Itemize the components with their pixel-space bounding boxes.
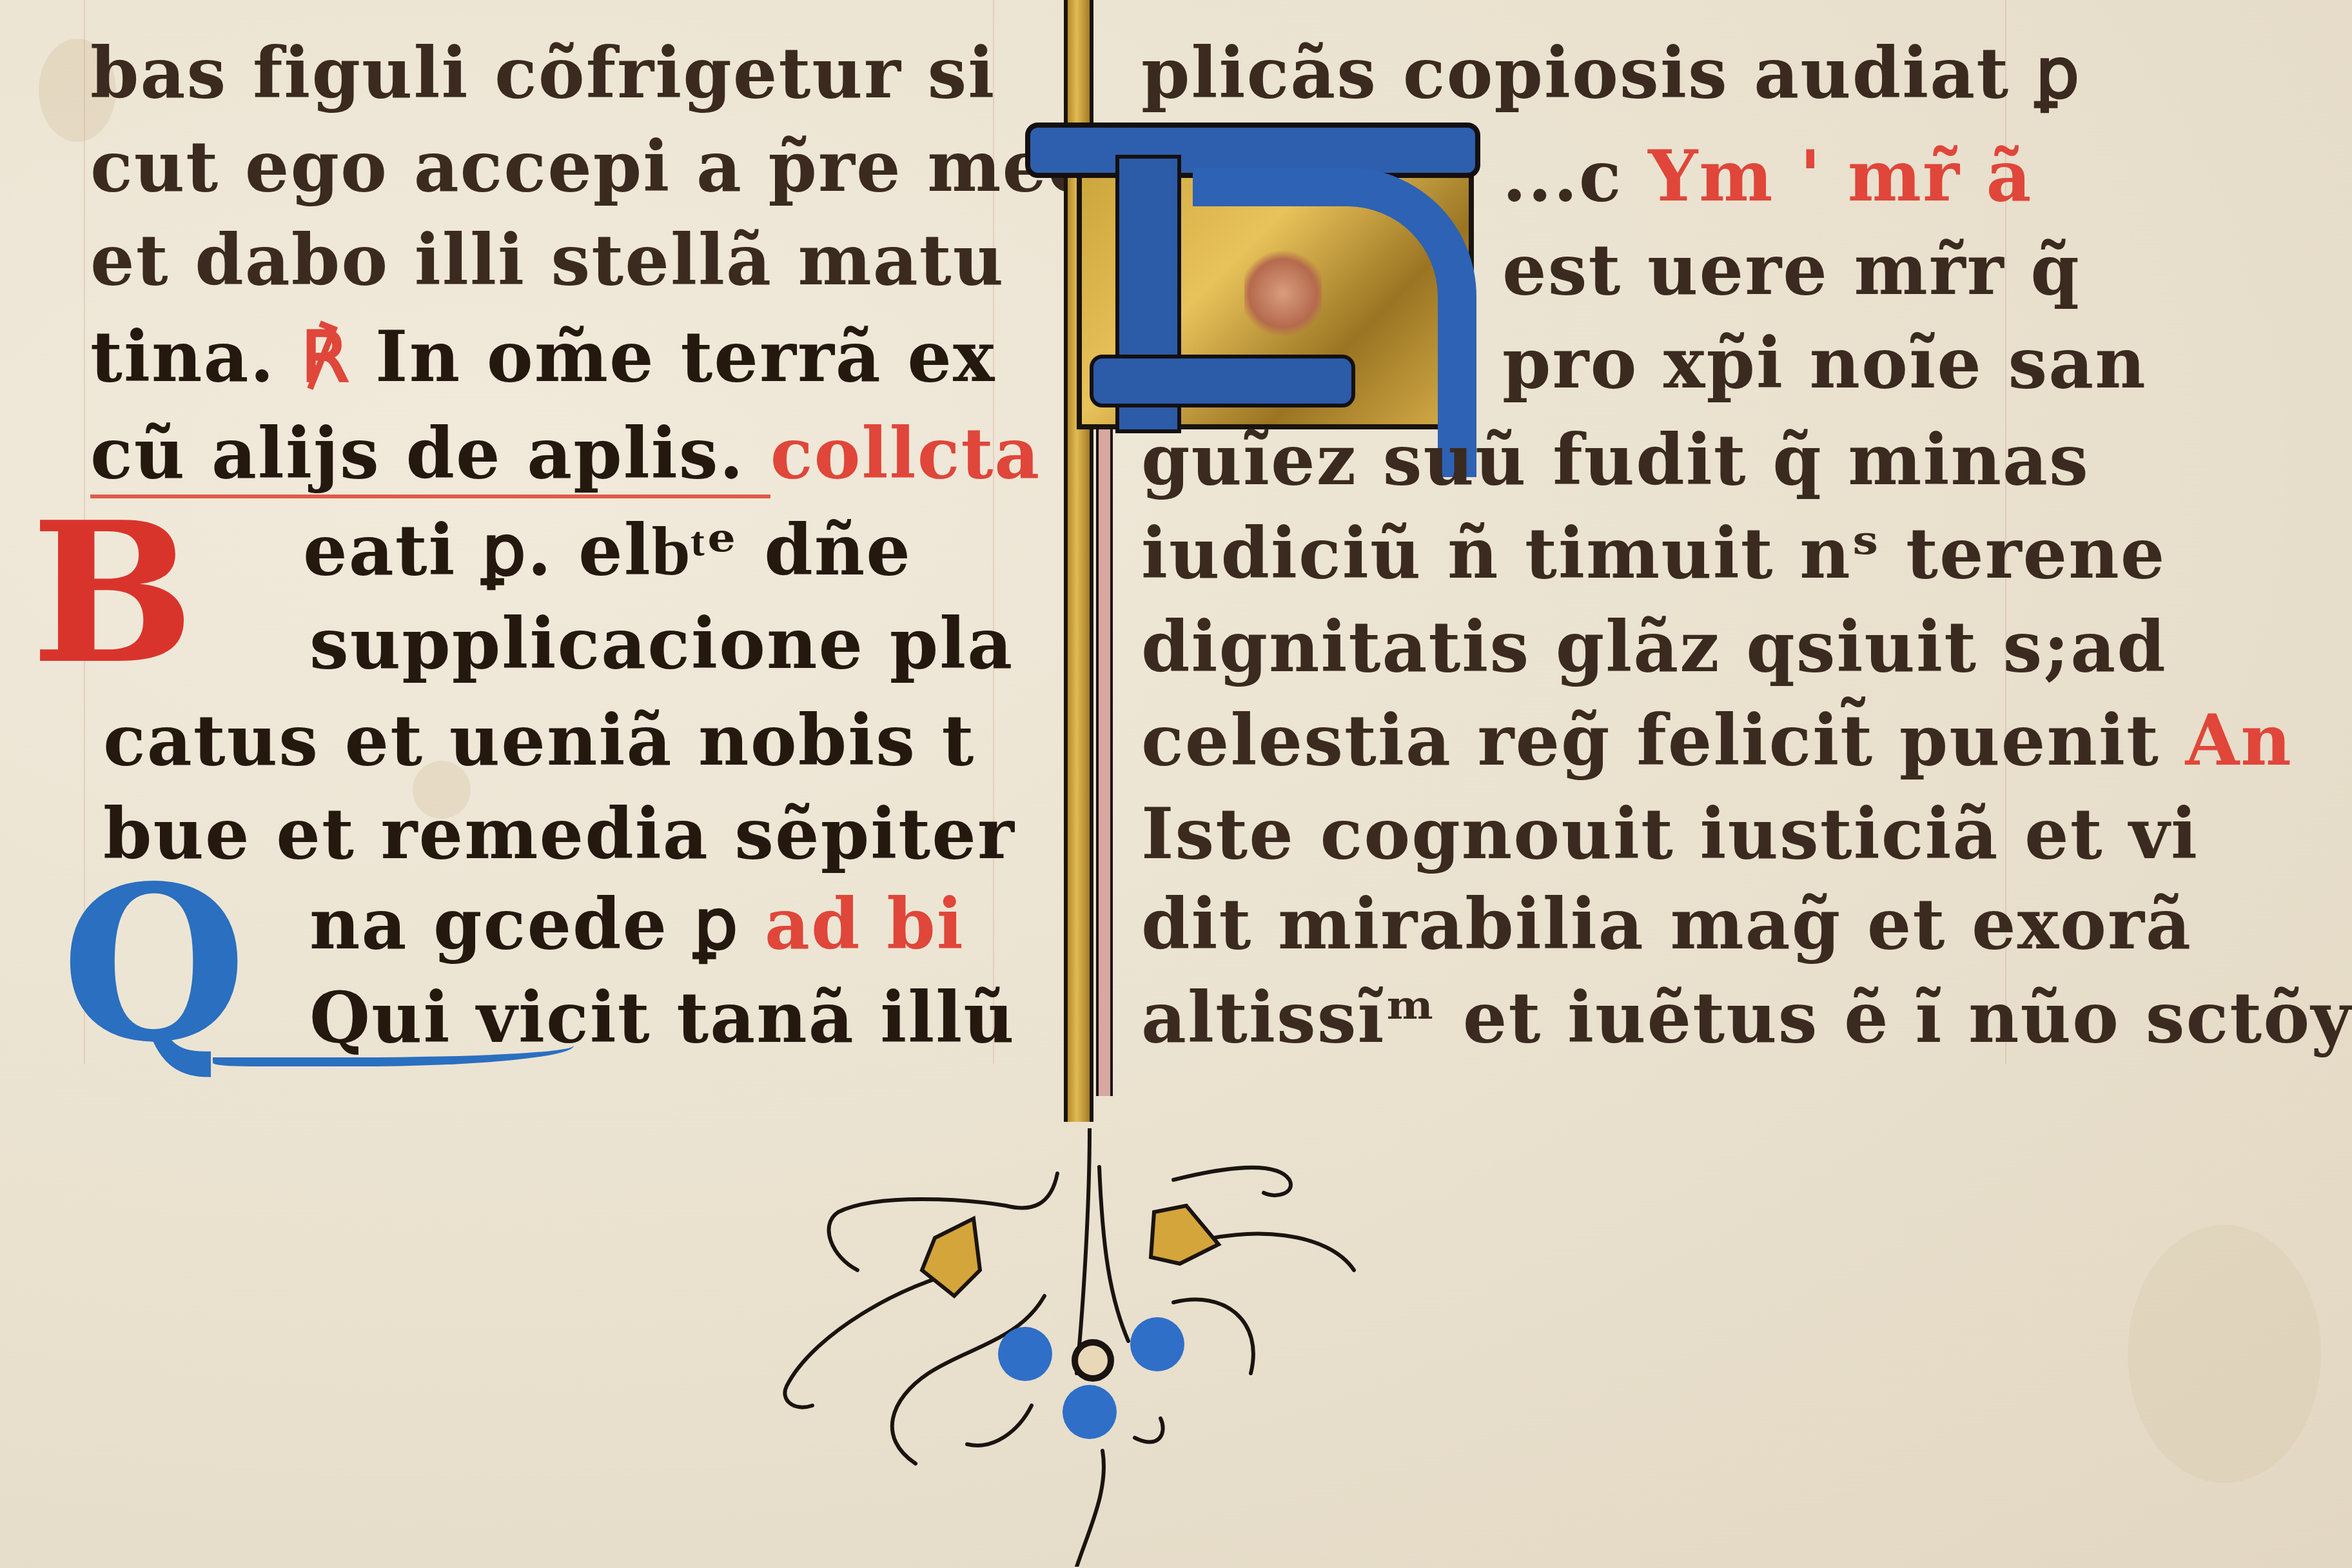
manuscript-page: bas figuli cõfrigetur si cut ego accepi … xyxy=(0,0,2352,1568)
text-line: et dabo illi stellã matu xyxy=(90,226,1004,295)
text-line: bas figuli cõfrigetur si xyxy=(90,39,995,108)
blue-dot-icon xyxy=(1063,1385,1117,1439)
text-segment: In om̃e terrã ex xyxy=(350,317,996,398)
text-line: plicãs copiosis audiat ꝑ xyxy=(1141,39,2081,108)
text-line: celestia reg̃ felicit̃ puenit An xyxy=(1141,706,2293,776)
blue-dot-icon xyxy=(1130,1317,1184,1371)
text-line: dignitatis glãz qsiuit s;ad xyxy=(1141,612,2167,682)
text-line: dit mirabilia mag̃ et exorã xyxy=(1141,890,2192,959)
vellum-stain xyxy=(2128,1225,2321,1483)
pen-flourish-icon xyxy=(774,1128,1386,1567)
text-line: pro xp̃i noĩe san xyxy=(1502,329,2147,398)
text-line: iudiciũ ñ timuit nˢ terene xyxy=(1141,519,2166,589)
text-line: cut ego accepi a p̃re meo xyxy=(90,132,1095,202)
rubric-ad-bi: ad bi xyxy=(765,884,965,965)
text-line: guĩez suũ fudit q̃ minas xyxy=(1141,426,2090,495)
text-line: altissĩᵐ et iuẽtus ẽ ĩ nũo sctõy xyxy=(1141,983,2352,1053)
text-line: est uere mr̃r q̃ xyxy=(1502,235,2081,305)
pink-inner-bar xyxy=(1096,419,1113,1096)
text-line: supplicacione pla xyxy=(309,609,1014,679)
rubric-mark: ℟ xyxy=(301,317,350,398)
text-segment: celestia reg̃ felicit̃ puenit xyxy=(1141,700,2160,781)
text-line: Iste cognouit iusticiã et vi xyxy=(1141,799,2199,869)
text-line: na gcede ꝑ ad bi xyxy=(309,890,965,959)
text-line: cũ alijs de aplis. collcta xyxy=(90,419,1041,489)
text-line: eati ꝑ. elbͭᵉ dñe xyxy=(303,516,912,585)
text-line: ...c Ym ' mr̃ ã xyxy=(1502,142,2033,211)
rubric-antiphon: Ym ' mr̃ ã xyxy=(1648,136,2032,217)
rubric-collecta: collcta xyxy=(770,413,1041,495)
text-line: tina. ℟ In om̃e terrã ex xyxy=(90,322,995,392)
text-segment: tina. xyxy=(90,317,301,398)
initial-b: B xyxy=(31,496,195,690)
text-segment: na gcede ꝑ xyxy=(309,884,765,965)
text-line: catus et ueniã nobis t xyxy=(103,706,975,776)
blue-dot-icon xyxy=(998,1327,1052,1381)
rubric-an: An xyxy=(2160,700,2293,781)
text-segment: ...c xyxy=(1502,136,1648,217)
right-text-column: plicãs copiosis audiat ꝑ ...c Ym ' mr̃ ã… xyxy=(1141,39,2095,1070)
